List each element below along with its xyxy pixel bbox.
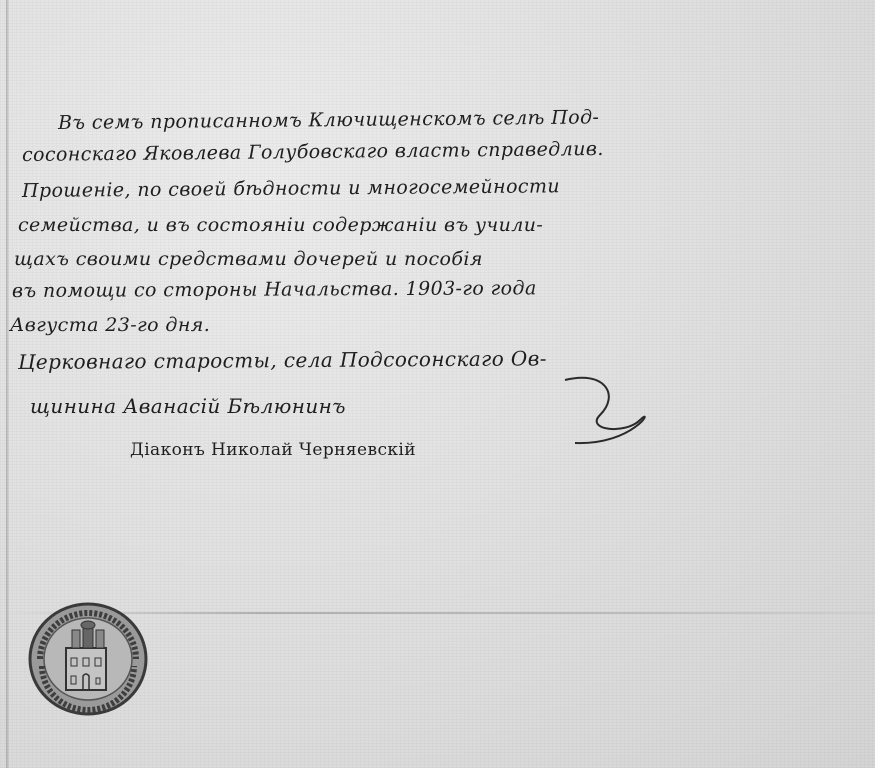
handwritten-line-2: сосонскаго Яковлева Голубовскаго власть …	[22, 138, 604, 166]
date-line: Августа 23-го дня.	[10, 314, 210, 336]
church-seal-icon	[26, 600, 150, 718]
handwritten-line-8: Церковнаго старосты, села Подсосонскаго …	[18, 346, 547, 374]
handwritten-line-6: въ помощи со стороны Начальства. 1903-го…	[12, 277, 537, 302]
signature-flourish-icon	[545, 375, 665, 455]
handwritten-line-1: Въ семъ прописанномъ Ключищенскомъ селѣ …	[58, 106, 600, 134]
handwritten-line-3: Прошеніе, по своей бѣдности и многосемей…	[22, 175, 560, 202]
page-margin-edge	[6, 0, 9, 768]
scanned-document-page: Въ семъ прописанномъ Ключищенскомъ селѣ …	[0, 0, 875, 768]
elder-signature-line: щинина Аванасій Бѣлюнинъ	[30, 394, 346, 418]
handwritten-line-5: щахъ своими средствами дочерей и пособія	[14, 248, 483, 270]
deacon-signature: Діаконъ Николай Черняевскій	[130, 440, 416, 460]
handwritten-line-4: семейства, и въ состояніи содержаніи въ …	[18, 214, 543, 236]
